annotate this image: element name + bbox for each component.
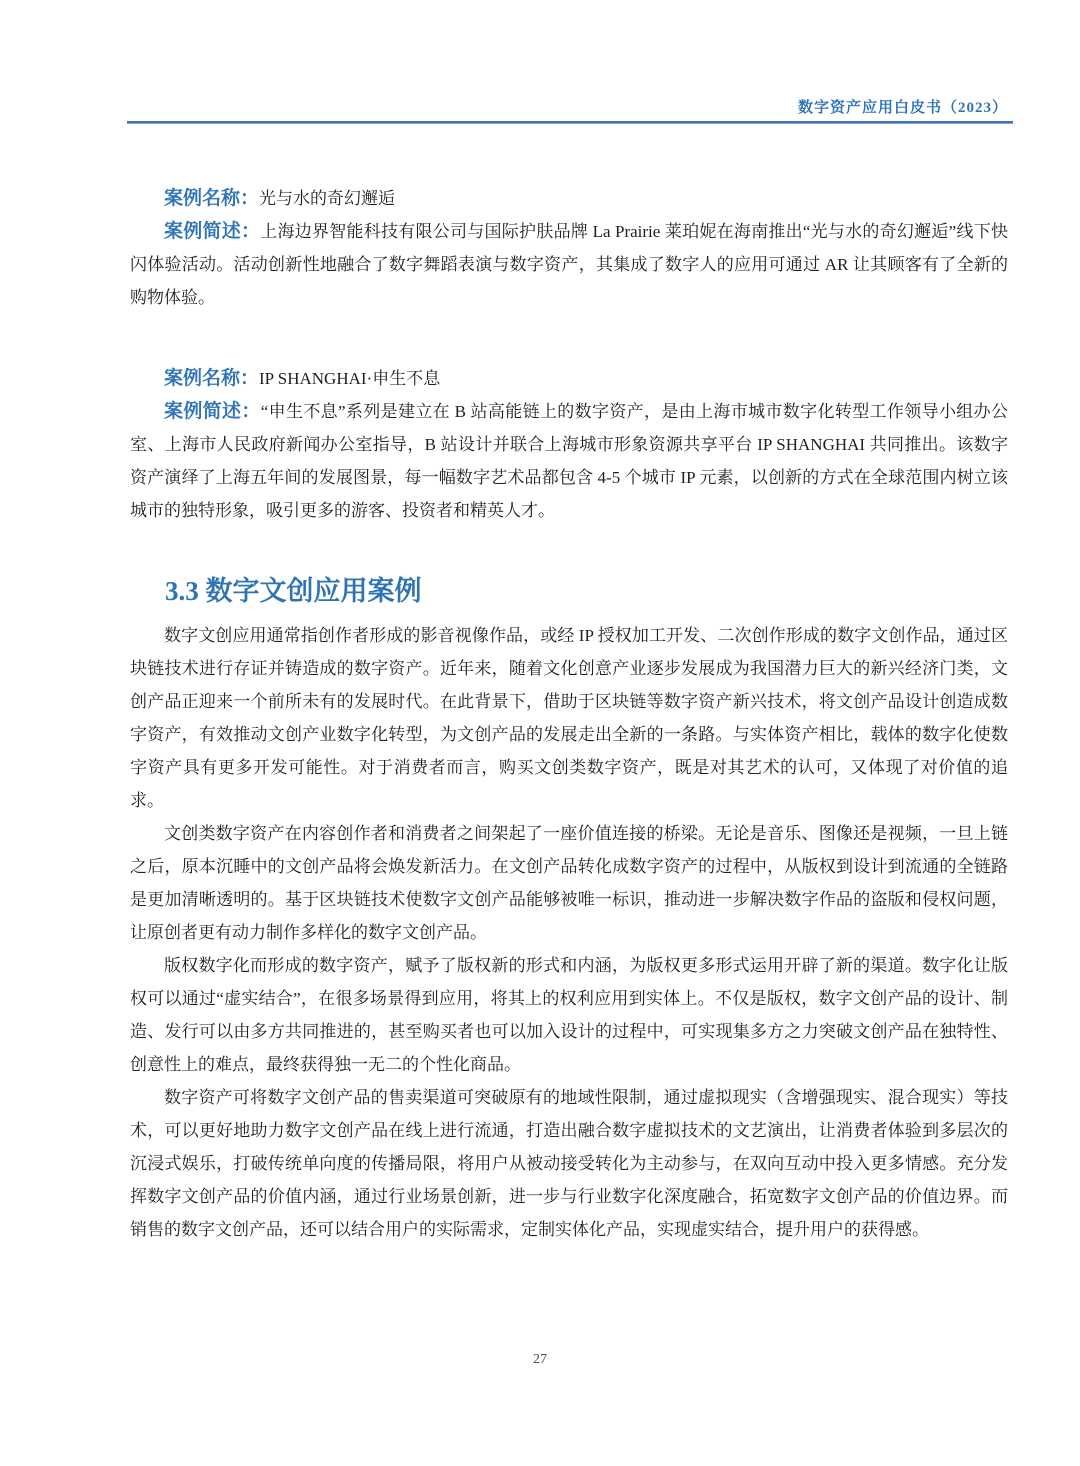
section-paragraph-3: 版权数字化而形成的数字资产，赋予了版权新的形式和内涵，为版权更多形式运用开辟了新… [130,949,1008,1081]
page-header-title: 数字资产应用白皮书（2023） [798,96,1008,117]
page-number: 27 [0,1352,1080,1368]
case-2-desc-line: 案例简述：“申生不息”系列是建立在 B 站高能链上的数字资产，是由上海市城市数字… [130,395,1008,527]
case-2-name-label: 案例名称： [164,368,259,389]
header-rule-divider [127,121,1013,124]
section-paragraph-4: 数字资产可将数字文创产品的售卖渠道可突破原有的地域性限制，通过虚拟现实（含增强现… [130,1081,1008,1246]
section-heading-3-3: 3.3 数字文创应用案例 [130,573,1008,609]
case-1-desc-line: 案例简述：上海边界智能科技有限公司与国际护肤品牌 La Prairie 莱珀妮在… [130,215,1008,314]
page-content: 案例名称：光与水的奇幻邂逅 案例简述：上海边界智能科技有限公司与国际护肤品牌 L… [130,182,1008,1246]
case-2-desc-text: “申生不息”系列是建立在 B 站高能链上的数字资产，是由上海市城市数字化转型工作… [130,402,1008,520]
case-block-2: 案例名称：IP SHANGHAI·申生不息 案例简述：“申生不息”系列是建立在 … [130,362,1008,527]
section-paragraph-1: 数字文创应用通常指创作者形成的影音视像作品，或经 IP 授权加工开发、二次创作形… [130,619,1008,817]
case-2-desc-label: 案例简述： [164,401,261,422]
case-2-name-line: 案例名称：IP SHANGHAI·申生不息 [130,362,1008,395]
case-block-1: 案例名称：光与水的奇幻邂逅 案例简述：上海边界智能科技有限公司与国际护肤品牌 L… [130,182,1008,314]
case-1-desc-text: 上海边界智能科技有限公司与国际护肤品牌 La Prairie 莱珀妮在海南推出“… [130,222,1008,307]
case-1-name-line: 案例名称：光与水的奇幻邂逅 [130,182,1008,215]
document-page: { "header": { "title": "数字资产应用白皮书（2023）"… [0,0,1080,1466]
case-1-name-value: 光与水的奇幻邂逅 [259,189,395,208]
case-1-name-label: 案例名称： [164,188,259,209]
case-2-name-value: IP SHANGHAI·申生不息 [259,369,440,388]
section-paragraph-2: 文创类数字资产在内容创作者和消费者之间架起了一座价值连接的桥梁。无论是音乐、图像… [130,817,1008,949]
case-1-desc-label: 案例简述： [164,221,260,242]
